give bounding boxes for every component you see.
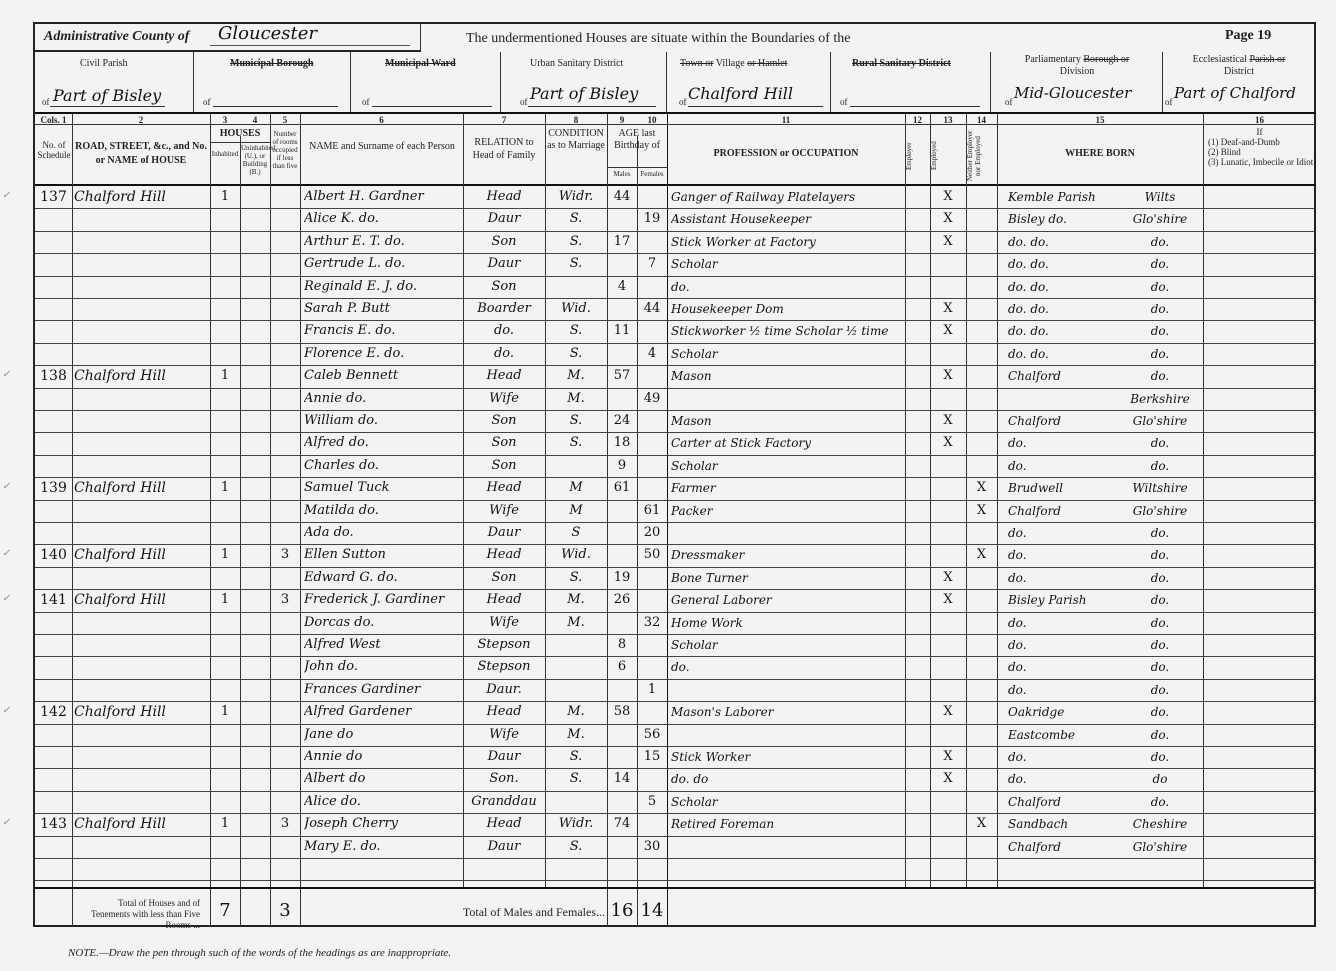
occupation: Mason (671, 365, 903, 387)
total-tenements: 3 (270, 900, 300, 921)
address: Chalford Hill (74, 477, 210, 499)
schedule-number (35, 567, 72, 589)
employer-mark (905, 186, 930, 208)
employer-mark (905, 656, 930, 678)
birth-county: do. (1118, 320, 1202, 342)
inhabited-count (210, 746, 240, 768)
inhabited-count (210, 231, 240, 253)
schedule-number (35, 455, 72, 477)
age-female (637, 410, 667, 432)
relation: Head (463, 477, 545, 499)
age-female (637, 365, 667, 387)
parliamentary-value: Mid-Gloucester (1014, 84, 1131, 102)
birthplace: do. (1008, 768, 1118, 790)
age-male: 14 (607, 768, 637, 790)
age-female: 15 (637, 746, 667, 768)
schedule-number: 138 (35, 365, 72, 387)
person-name: Alice K. do. (304, 208, 462, 230)
birth-county: do (1118, 768, 1202, 790)
inhabited-count: 1 (210, 365, 240, 387)
person-name: Jane do (304, 724, 462, 746)
of-prefix-3: of (362, 97, 370, 107)
birthplace: Oakridge (1008, 701, 1118, 723)
employer-mark (905, 813, 930, 835)
relation: Head (463, 701, 545, 723)
inhabited-count (210, 634, 240, 656)
col-header-rooms: Number of rooms occupied if less than fi… (271, 130, 299, 170)
rooms-count (270, 298, 300, 320)
address (74, 320, 210, 342)
employed-mark: X (930, 746, 966, 768)
inhabited-count: 1 (210, 813, 240, 835)
schedule-number: 140 (35, 544, 72, 566)
schedule-number: 141 (35, 589, 72, 611)
birth-county: do. (1118, 544, 1202, 566)
col-num-11: 11 (667, 115, 905, 125)
relation: Head (463, 544, 545, 566)
employed-mark (930, 455, 966, 477)
col-num-9: 9 (607, 115, 637, 125)
total-males: 16 (607, 900, 637, 921)
relation: Son (463, 276, 545, 298)
address (74, 791, 210, 813)
employed-mark: X (930, 298, 966, 320)
age-female: 61 (637, 500, 667, 522)
col-header-employer: Employer (905, 128, 930, 184)
address (74, 724, 210, 746)
inhabited-count (210, 679, 240, 701)
employer-mark (905, 365, 930, 387)
col-header-uninhabited: Uninhabited (U.), or Building (B.) (241, 144, 269, 176)
neither-mark (966, 567, 997, 589)
parliamentary-label: Parliamentary Borough or Division (992, 54, 1162, 78)
schedule-number (35, 522, 72, 544)
employer-mark (905, 724, 930, 746)
birth-county: do. (1118, 231, 1202, 253)
employer-mark (905, 589, 930, 611)
employed-mark: X (930, 208, 966, 230)
employed-mark (930, 724, 966, 746)
address: Chalford Hill (74, 701, 210, 723)
col-num-2: 2 (72, 115, 210, 125)
inhabited-count (210, 276, 240, 298)
relation: Wife (463, 388, 545, 410)
birthplace: Kemble Parish (1008, 186, 1118, 208)
age-male (607, 544, 637, 566)
rooms-count (270, 432, 300, 454)
employer-mark (905, 768, 930, 790)
birth-county: do. (1118, 365, 1202, 387)
schedule-number: 139 (35, 477, 72, 499)
rooms-count (270, 231, 300, 253)
neither-mark (966, 791, 997, 813)
person-name: Joseph Cherry (304, 813, 462, 835)
person-name: Albert H. Gardner (304, 186, 462, 208)
col-header-schedule: No. of Schedule (36, 140, 72, 160)
neither-mark (966, 858, 997, 880)
condition: S. (545, 432, 607, 454)
age-male (607, 253, 637, 275)
neither-mark (966, 656, 997, 678)
age-female (637, 813, 667, 835)
person-name: Frederick J. Gardiner (304, 589, 462, 611)
age-female: 30 (637, 836, 667, 858)
schedule-number (35, 231, 72, 253)
age-male (607, 500, 637, 522)
age-male (607, 724, 637, 746)
inhabited-count (210, 612, 240, 634)
occupation (671, 679, 903, 701)
rooms-count (270, 634, 300, 656)
schedule-number (35, 388, 72, 410)
rooms-count (270, 836, 300, 858)
birthplace (1008, 388, 1118, 410)
condition: M (545, 477, 607, 499)
birthplace: do. (1008, 544, 1118, 566)
person-name: Ada do. (304, 522, 462, 544)
occupation (671, 724, 903, 746)
inhabited-count (210, 567, 240, 589)
person-name: Frances Gardiner (304, 679, 462, 701)
birth-county: Wilts (1118, 186, 1202, 208)
address (74, 612, 210, 634)
employed-mark: X (930, 186, 966, 208)
schedule-number (35, 858, 72, 880)
schedule-number (35, 298, 72, 320)
rooms-count: 3 (270, 544, 300, 566)
schedule-number (35, 343, 72, 365)
employed-mark (930, 679, 966, 701)
age-female: 5 (637, 791, 667, 813)
relation: Boarder (463, 298, 545, 320)
age-female: 44 (637, 298, 667, 320)
address: Chalford Hill (74, 365, 210, 387)
village-value: Chalford Hill (688, 84, 793, 103)
of-prefix-1: of (42, 97, 50, 107)
employed-mark (930, 544, 966, 566)
schedule-number (35, 656, 72, 678)
neither-mark (966, 612, 997, 634)
condition: S. (545, 746, 607, 768)
inhabited-count: 1 (210, 544, 240, 566)
inhabited-count (210, 253, 240, 275)
borough-struck: Borough or (1083, 54, 1129, 65)
neither-mark: X (966, 544, 997, 566)
employed-mark (930, 276, 966, 298)
margin-tick-mark: ✓ (2, 593, 10, 604)
ecclesiastical-value: Part of Chalford (1174, 84, 1296, 102)
employer-mark (905, 208, 930, 230)
employed-mark (930, 343, 966, 365)
of-prefix-5: of (679, 97, 687, 107)
occupation: Retired Foreman (671, 813, 903, 835)
age-female: 19 (637, 208, 667, 230)
age-male: 6 (607, 656, 637, 678)
schedule-number (35, 276, 72, 298)
inhabited-count (210, 320, 240, 342)
employed-mark: X (930, 432, 966, 454)
employed-mark (930, 634, 966, 656)
age-male: 61 (607, 477, 637, 499)
person-name: Charles do. (304, 455, 462, 477)
birth-county: do. (1118, 432, 1202, 454)
employer-mark (905, 634, 930, 656)
schedule-number (35, 768, 72, 790)
address (74, 768, 210, 790)
neither-mark (966, 186, 997, 208)
person-name (304, 858, 462, 880)
person-name: John do. (304, 656, 462, 678)
employer-mark (905, 544, 930, 566)
occupation: Scholar (671, 634, 903, 656)
age-male (607, 679, 637, 701)
schedule-number (35, 634, 72, 656)
employer-mark (905, 432, 930, 454)
infirmity-1: (1) Deaf-and-Dumb (1208, 137, 1316, 147)
person-name: Dorcas do. (304, 612, 462, 634)
col-header-where-born: WHERE BORN (997, 148, 1203, 159)
employed-mark (930, 522, 966, 544)
birthplace: do. do. (1008, 231, 1118, 253)
address (74, 410, 210, 432)
birth-county: do. (1118, 634, 1202, 656)
birth-county: Cheshire (1118, 813, 1202, 835)
relation: Daur. (463, 679, 545, 701)
rooms-count (270, 253, 300, 275)
rooms-count (270, 858, 300, 880)
occupation: Stick Worker (671, 746, 903, 768)
person-name: Samuel Tuck (304, 477, 462, 499)
col-num-1: Cols. 1 (35, 115, 72, 125)
rooms-count (270, 746, 300, 768)
age-female: 49 (637, 388, 667, 410)
schedule-number (35, 500, 72, 522)
footer-note: NOTE.—Draw the pen through such of the w… (68, 947, 451, 959)
hamlet-struck: or Hamlet (747, 58, 787, 69)
address (74, 679, 210, 701)
condition: S (545, 522, 607, 544)
employed-mark: X (930, 231, 966, 253)
birthplace: do. (1008, 679, 1118, 701)
age-female (637, 320, 667, 342)
age-male (607, 208, 637, 230)
birthplace: do. (1008, 656, 1118, 678)
district-word: District (1224, 66, 1254, 77)
birthplace: Chalford (1008, 365, 1118, 387)
relation: Head (463, 589, 545, 611)
employer-mark (905, 500, 930, 522)
neither-mark (966, 634, 997, 656)
condition: S. (545, 836, 607, 858)
relation: Son (463, 410, 545, 432)
person-name: Sarah P. Butt (304, 298, 462, 320)
col-header-inhabited: Inhabited (211, 150, 239, 158)
condition: M. (545, 724, 607, 746)
employer-mark (905, 477, 930, 499)
address: Chalford Hill (74, 544, 210, 566)
col-num-12: 12 (905, 115, 930, 125)
relation: Son (463, 231, 545, 253)
schedule-number (35, 746, 72, 768)
employed-mark: X (930, 410, 966, 432)
urban-sanitary-value: Part of Bisley (530, 84, 638, 103)
col-num-3: 3 (210, 115, 240, 125)
person-name: Arthur E. T. do. (304, 231, 462, 253)
person-name: Alfred do. (304, 432, 462, 454)
inhabited-count (210, 768, 240, 790)
neither-mark (966, 522, 997, 544)
neither-mark (966, 589, 997, 611)
condition (545, 791, 607, 813)
neither-mark (966, 298, 997, 320)
birth-county: do. (1118, 791, 1202, 813)
age-female (637, 276, 667, 298)
row-rule (35, 880, 1316, 881)
birth-county (1118, 858, 1202, 880)
relation (463, 858, 545, 880)
rooms-count (270, 477, 300, 499)
condition: M. (545, 612, 607, 634)
schedule-number (35, 432, 72, 454)
address (74, 455, 210, 477)
inhabited-count (210, 500, 240, 522)
birthplace: Eastcombe (1008, 724, 1118, 746)
rooms-count (270, 208, 300, 230)
age-male (607, 791, 637, 813)
birth-county: Glo'shire (1118, 836, 1202, 858)
inhabited-count (210, 858, 240, 880)
age-female: 4 (637, 343, 667, 365)
occupation: Stick Worker at Factory (671, 231, 903, 253)
relation: do. (463, 320, 545, 342)
age-male: 24 (607, 410, 637, 432)
occupation: Scholar (671, 455, 903, 477)
employed-mark: X (930, 768, 966, 790)
birthplace: Chalford (1008, 791, 1118, 813)
rural-sanitary-label: Rural Sanitary District (852, 58, 951, 69)
person-name: Alice do. (304, 791, 462, 813)
col-header-condition: CONDITION as to Marriage (547, 128, 605, 152)
col-header-occupation: PROFESSION or OCCUPATION (667, 148, 905, 159)
birth-county: Wiltshire (1118, 477, 1202, 499)
condition: M. (545, 701, 607, 723)
address (74, 746, 210, 768)
col-header-houses: HOUSES (210, 128, 270, 139)
birth-county: do. (1118, 724, 1202, 746)
birthplace: do. (1008, 746, 1118, 768)
neither-mark (966, 679, 997, 701)
person-name: Alfred Gardener (304, 701, 462, 723)
employer-mark (905, 679, 930, 701)
age-female (637, 432, 667, 454)
age-female (637, 477, 667, 499)
rooms-count (270, 320, 300, 342)
occupation: Dressmaker (671, 544, 903, 566)
schedule-number: 137 (35, 186, 72, 208)
occupation (671, 522, 903, 544)
condition: M. (545, 589, 607, 611)
person-name: Edward G. do. (304, 567, 462, 589)
person-name: Matilda do. (304, 500, 462, 522)
age-male: 19 (607, 567, 637, 589)
neither-mark (966, 276, 997, 298)
neither-mark (966, 701, 997, 723)
birth-county: do. (1118, 276, 1202, 298)
occupation (671, 388, 903, 410)
employer-mark (905, 791, 930, 813)
col-header-name: NAME and Surname of each Person (302, 140, 462, 154)
totals-persons-label: Total of Males and Females... (300, 905, 605, 920)
condition: S. (545, 320, 607, 342)
birthplace: do. do. (1008, 276, 1118, 298)
of-prefix-7: of (1005, 97, 1013, 107)
person-name: Reginald E. J. do. (304, 276, 462, 298)
address (74, 298, 210, 320)
birthplace: Sandbach (1008, 813, 1118, 835)
occupation: Carter at Stick Factory (671, 432, 903, 454)
birth-county: do. (1118, 343, 1202, 365)
county-value: Gloucester (218, 23, 317, 44)
age-female: 20 (637, 522, 667, 544)
rooms-count: 3 (270, 589, 300, 611)
occupation: Mason (671, 410, 903, 432)
relation: Daur (463, 522, 545, 544)
parliamentary-word: Parliamentary (1025, 54, 1081, 65)
age-male: 74 (607, 813, 637, 835)
of-prefix-8: of (1165, 97, 1173, 107)
relation: Granddau (463, 791, 545, 813)
relation: Wife (463, 724, 545, 746)
neither-mark (966, 231, 997, 253)
age-female (637, 231, 667, 253)
employer-mark (905, 701, 930, 723)
person-name: Annie do (304, 746, 462, 768)
employed-mark: X (930, 365, 966, 387)
county-label: Administrative County of (44, 29, 189, 45)
col-num-15: 15 (997, 115, 1203, 125)
rooms-count (270, 365, 300, 387)
schedule-number (35, 253, 72, 275)
inhabited-count: 1 (210, 589, 240, 611)
col-header-employed: Employed (930, 128, 966, 184)
infirmity-2: (2) Blind (1208, 147, 1316, 157)
age-male: 58 (607, 701, 637, 723)
occupation: General Laborer (671, 589, 903, 611)
neither-mark (966, 343, 997, 365)
age-female: 50 (637, 544, 667, 566)
age-female (637, 858, 667, 880)
age-female (637, 768, 667, 790)
occupation (671, 836, 903, 858)
division-word: Division (1060, 66, 1094, 77)
employer-mark (905, 612, 930, 634)
age-male: 4 (607, 276, 637, 298)
address (74, 208, 210, 230)
relation: Head (463, 186, 545, 208)
condition (545, 679, 607, 701)
rooms-count (270, 500, 300, 522)
age-male: 8 (607, 634, 637, 656)
birth-county: do. (1118, 253, 1202, 275)
of-prefix-2: of (203, 97, 211, 107)
col-header-females: Females (637, 170, 667, 178)
neither-mark (966, 836, 997, 858)
employed-mark: X (930, 589, 966, 611)
employer-mark (905, 858, 930, 880)
employer-mark (905, 746, 930, 768)
margin-tick-mark: ✓ (2, 481, 10, 492)
person-name: William do. (304, 410, 462, 432)
